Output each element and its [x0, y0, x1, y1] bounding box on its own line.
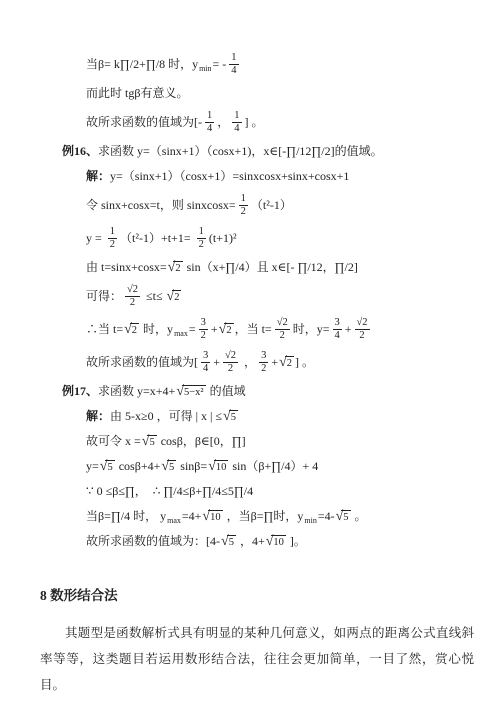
fraction-numerator: 3	[259, 350, 268, 363]
fraction-denominator: 4	[205, 123, 214, 135]
section-8: 8 数形结合法 其题型是函数解析式具有明显的某种几何意义，如两点的距离公式直线斜…	[0, 558, 500, 698]
math-text: sin（β+∏/4）+ 4	[229, 458, 318, 475]
math-text: ≤t≤	[143, 288, 166, 305]
document-page: 当β= k∏/2+∏/8 时，ymin= -14而此时 tgβ有意义。故所求函数…	[0, 0, 500, 707]
fraction-numerator: 1	[232, 110, 241, 123]
math-text: ，	[241, 354, 256, 371]
math-text: +	[345, 321, 352, 338]
math-text: 时，y	[140, 321, 173, 338]
radicand: 5	[227, 535, 236, 550]
label-bold: 例17、	[62, 383, 98, 400]
square-root: √2	[167, 289, 182, 304]
radicand: 2	[285, 356, 294, 371]
fraction: √22	[125, 284, 140, 309]
math-text: 故所求函数的值域为[-	[86, 114, 202, 131]
math-line: 例16、求函数 y=（sinx+1）（cosx+1)，x∈[-∏/12∏/2]的…	[62, 143, 482, 160]
fraction-denominator: 4	[232, 123, 241, 135]
math-text: 令 sinx+cosx=t，则 sinxcosx=	[86, 197, 236, 214]
subscript: max	[174, 325, 188, 342]
math-text: sin（x+∏/4）且 x∈[- ∏/12，∏/2]	[184, 259, 358, 276]
math-line: 故可令 x =√5 cosβ，β∈[0，∏]	[62, 433, 482, 450]
square-root: √2	[168, 260, 183, 275]
math-text: 而此时 tgβ有意义。	[86, 85, 188, 102]
math-line: 解：由 5-x≥0 ，可得 | x | ≤√5	[62, 408, 482, 425]
math-text: ]。	[287, 533, 306, 550]
label-bold: 解：	[86, 408, 110, 425]
math-line: 令 sinx+cosx=t，则 sinxcosx=12（t²-1）	[62, 193, 482, 218]
math-text: y =	[86, 230, 105, 247]
section-paragraph: 其题型是函数解析式具有明显的某种几何意义，如两点的距离公式直线斜率等等，这类题目…	[40, 620, 474, 698]
math-line: 故所求函数的值域为[34+√22 ，32+√2] 。	[62, 350, 482, 375]
math-text: 求函数 y=x+4+	[98, 383, 175, 400]
math-line: ∵ 0 ≤β≤∏， ∴ ∏/4≤β+∏/4≤5∏/4	[62, 483, 482, 500]
math-text: ∴当 t=	[86, 321, 123, 338]
radicand: 5	[341, 510, 350, 525]
label-bold: 例16、	[62, 143, 98, 160]
square-root: √5	[161, 459, 176, 474]
radicand: 5−x²	[182, 385, 206, 400]
fraction-denominator: 2	[239, 206, 248, 218]
square-root: √2	[279, 355, 294, 370]
square-root: √10	[202, 509, 222, 524]
math-text: y=（sinx+1）（cosx+1）=sinxcosx+sinx+cosx+1	[110, 168, 349, 185]
math-text: （t²-1）	[251, 197, 292, 214]
square-root: √10	[208, 459, 228, 474]
radicand: 2	[173, 261, 182, 276]
fraction: 12	[108, 226, 117, 251]
math-line: 由 t=sinx+cosx=√2 sin（x+∏/4）且 x∈[- ∏/12，∏…	[62, 259, 482, 276]
fraction: 32	[199, 317, 208, 342]
fraction-denominator: 2	[278, 330, 287, 342]
fraction-numerator: 3	[201, 350, 210, 363]
section-heading: 8 数形结合法	[40, 584, 474, 604]
fraction: √22	[355, 317, 370, 342]
math-text: +	[271, 354, 278, 371]
math-text: y=	[86, 458, 99, 475]
fraction-numerator: 3	[333, 317, 342, 330]
fraction: 34	[201, 350, 210, 375]
fraction-denominator: 4	[229, 65, 238, 77]
subscript: min	[199, 60, 211, 77]
fraction: 32	[259, 350, 268, 375]
square-root: √5	[221, 534, 236, 549]
math-text: ，	[217, 114, 229, 131]
radicand: 5	[167, 460, 176, 475]
fraction-denominator: 4	[201, 363, 210, 375]
fraction-numerator: 1	[197, 226, 206, 239]
fraction-numerator: 1	[205, 110, 214, 123]
math-text: ，4+	[237, 533, 265, 550]
math-text: （t²-1）+t+1=	[120, 230, 194, 247]
math-line: 而此时 tgβ有意义。	[62, 85, 482, 102]
math-line: 故所求函数的值域为[-14，14] 。	[62, 110, 482, 135]
fraction-denominator: 2	[357, 330, 366, 342]
fraction-denominator: 2	[108, 239, 117, 251]
math-text: 时，y=	[293, 321, 330, 338]
math-text: ] 。	[245, 114, 264, 131]
square-root: √2	[219, 322, 234, 337]
square-root: √5	[336, 509, 351, 524]
fraction-numerator: 1	[229, 52, 238, 65]
fraction: 14	[205, 110, 214, 135]
radicand: 10	[208, 510, 223, 525]
math-text: +	[211, 321, 218, 338]
math-text: 求函数 y=（sinx+1）（cosx+1)，x∈[-∏/12∏/2]的值域。	[98, 143, 383, 160]
subscript: min	[304, 512, 316, 529]
fraction: √22	[223, 350, 238, 375]
math-text: =4-	[318, 508, 335, 525]
fraction: √22	[275, 317, 290, 342]
math-text: 由 t=sinx+cosx=	[86, 259, 167, 276]
math-line: y = 12（t²-1）+t+1= 12(t+1)²	[62, 226, 482, 251]
radicand: 5	[229, 410, 238, 425]
fraction-denominator: 2	[259, 363, 268, 375]
math-line: 当β=∏/4 时， ymax=4+√10 ，当β=∏时，ymin=4-√5 。	[62, 508, 482, 525]
math-text: ，当 t=	[235, 321, 272, 338]
label-bold: 解：	[86, 168, 110, 185]
math-text: 故所求函数的值域为：[4-	[86, 533, 220, 550]
math-line: 解：y=（sinx+1）（cosx+1）=sinxcosx+sinx+cosx+…	[62, 168, 482, 185]
square-root: √5	[142, 434, 157, 449]
fraction: 12	[239, 193, 248, 218]
math-text: 的值域	[207, 383, 246, 400]
subscript: max	[167, 512, 181, 529]
math-text: cosβ，β∈[0，∏]	[158, 433, 246, 450]
radicand: 10	[214, 460, 229, 475]
math-text: 当β= k∏/2+∏/8 时，y	[86, 56, 198, 73]
fraction-numerator: √2	[125, 284, 140, 297]
fraction-numerator: √2	[275, 317, 290, 330]
fraction-denominator: 2	[128, 297, 137, 309]
fraction: 34	[333, 317, 342, 342]
math-text: cosβ+4+	[116, 458, 161, 475]
math-text: 由 5-x≥0 ，可得 | x | ≤	[110, 408, 222, 425]
math-line: 当β= k∏/2+∏/8 时，ymin= -14	[62, 52, 482, 77]
fraction: 14	[229, 52, 238, 77]
math-text: 故可令 x =	[86, 433, 141, 450]
radicand: 2	[172, 290, 181, 305]
fraction-numerator: √2	[223, 350, 238, 363]
radicand: 2	[130, 323, 139, 338]
math-text: =4+	[182, 508, 202, 525]
math-text: =	[189, 321, 196, 338]
fraction-denominator: 4	[333, 330, 342, 342]
math-line: y=√5 cosβ+4+√5 sinβ=√10 sin（β+∏/4）+ 4	[62, 458, 482, 475]
fraction-denominator: 2	[226, 363, 235, 375]
math-text: (t+1)²	[209, 230, 237, 247]
math-line: ∴当 t=√2 时，ymax=32+√2，当 t=√22时，y=34+√22	[62, 317, 482, 342]
math-text: 。	[352, 508, 367, 525]
math-line: 故所求函数的值域为：[4-√5 ，4+√10 ]。	[62, 533, 482, 550]
radicand: 5	[105, 460, 114, 475]
radicand: 5	[147, 435, 156, 450]
math-line: 例17、求函数 y=x+4+√5−x² 的值域	[62, 383, 482, 400]
square-root: √2	[124, 322, 139, 337]
math-text: sinβ=	[177, 458, 207, 475]
math-text: 可得：	[86, 288, 122, 305]
math-lines: 当β= k∏/2+∏/8 时，ymin= -14而此时 tgβ有意义。故所求函数…	[0, 0, 500, 550]
fraction: 12	[197, 226, 206, 251]
math-line: 可得：√22 ≤t≤ √2	[62, 284, 482, 309]
math-text: 当β=∏/4 时， y	[86, 508, 166, 525]
math-text: ] 。	[295, 354, 314, 371]
math-text: +	[213, 354, 220, 371]
fraction-numerator: 1	[239, 193, 248, 206]
fraction-denominator: 2	[199, 330, 208, 342]
fraction-numerator: √2	[355, 317, 370, 330]
fraction-denominator: 2	[197, 239, 206, 251]
math-text: 故所求函数的值域为[	[86, 354, 198, 371]
math-text: ∵ 0 ≤β≤∏， ∴ ∏/4≤β+∏/4≤5∏/4	[86, 483, 253, 500]
fraction-numerator: 1	[108, 226, 117, 239]
radicand: 2	[224, 323, 233, 338]
square-root: √5−x²	[176, 384, 205, 399]
radicand: 10	[271, 535, 286, 550]
fraction: 14	[232, 110, 241, 135]
fraction-numerator: 3	[199, 317, 208, 330]
math-text: = -	[213, 56, 227, 73]
square-root: √5	[100, 459, 115, 474]
square-root: √5	[223, 409, 238, 424]
math-text: ，当β=∏时，y	[224, 508, 304, 525]
square-root: √10	[266, 534, 286, 549]
